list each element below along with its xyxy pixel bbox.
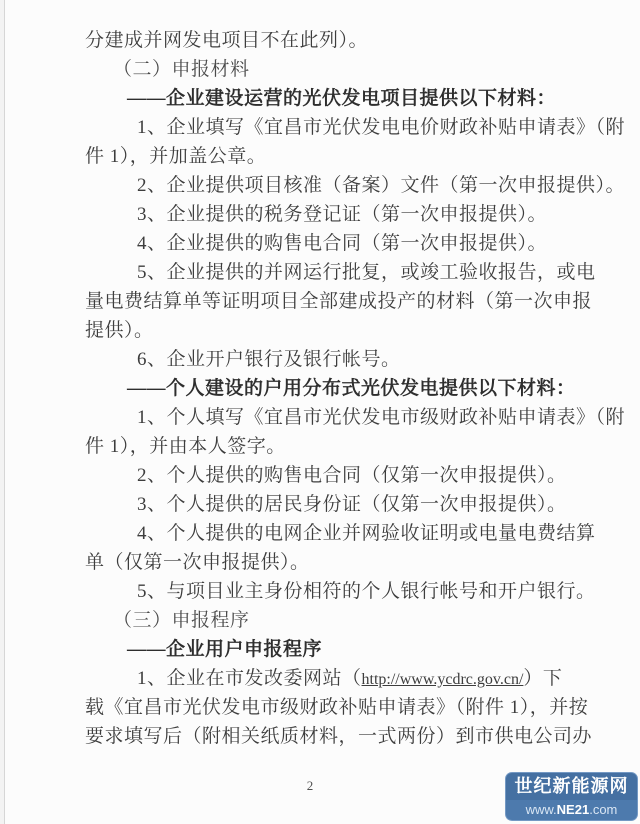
document-line: ——个人建设的户用分布式光伏发电提供以下材料： [85, 374, 590, 403]
text-segment: 2、企业提供项目核准（备案）文件（第一次申报提供）。 [137, 175, 625, 196]
text-segment: （三）申报程序 [113, 610, 250, 631]
text-segment: 4、个人提供的电网企业并网验收证明或电量电费结算 [137, 523, 596, 544]
text-segment: 量电费结算单等证明项目全部建成投产的材料（第一次申报 [85, 291, 592, 312]
text-segment: 1、企业填写《宜昌市光伏发电电价财政补贴申请表》（附 [137, 117, 625, 138]
watermark-site-name: 世纪新能源网 [506, 773, 637, 800]
document-line: ——企业用户申报程序 [85, 635, 590, 664]
watermark-site-url: www.NE21.com [506, 800, 637, 819]
text-segment: （二）申报材料 [113, 59, 250, 80]
text-segment: 件 1），并由本人签字。 [85, 436, 286, 457]
text-segment: 1、企业在市发改委网站（ [137, 668, 362, 689]
document-line: 1、个人填写《宜昌市光伏发电市级财政补贴申请表》（附 [85, 403, 590, 432]
document-line: 1、企业在市发改委网站（http://www.ycdrc.gov.cn/）下 [85, 664, 590, 693]
text-segment: 3、企业提供的税务登记证（第一次申报提供）。 [137, 204, 547, 225]
document-line: 4、个人提供的电网企业并网验收证明或电量电费结算 [85, 519, 590, 548]
document-line: 要求填写后（附相关纸质材料，一式两份）到市供电公司办 [85, 722, 590, 751]
document-line: 分建成并网发电项目不在此列）。 [85, 26, 590, 55]
text-segment: 5、企业提供的并网运行批复，或竣工验收报告，或电 [137, 262, 596, 283]
document-line: ——企业建设运营的光伏发电项目提供以下材料： [85, 84, 590, 113]
document-line: （二）申报材料 [85, 55, 590, 84]
text-segment: 要求填写后（附相关纸质材料，一式两份）到市供电公司办 [85, 726, 592, 747]
text-segment: 分建成并网发电项目不在此列）。 [85, 30, 368, 51]
page-number: 2 [298, 778, 322, 794]
text-segment: ）下 [523, 668, 562, 689]
document-line: 3、企业提供的税务登记证（第一次申报提供）。 [85, 200, 590, 229]
document-line: 单（仅第一次申报提供）。 [85, 548, 590, 577]
document-line: （三）申报程序 [85, 606, 590, 635]
scan-edge-line [4, 0, 5, 824]
document-line: 6、企业开户银行及银行帐号。 [85, 345, 590, 374]
text-segment: ——企业建设运营的光伏发电项目提供以下材料： [127, 88, 556, 109]
site-watermark: 世纪新能源网 www.NE21.com [505, 772, 638, 821]
document-line: 件 1），并加盖公章。 [85, 142, 590, 171]
text-segment: 单（仅第一次申报提供）。 [85, 552, 310, 573]
watermark-url-suffix: .com [589, 802, 617, 817]
text-segment: 4、企业提供的购售电合同（第一次申报提供）。 [137, 233, 547, 254]
document-line: 5、企业提供的并网运行批复，或竣工验收报告，或电 [85, 258, 590, 287]
document-line: 载《宜昌市光伏发电市级财政补贴申请表》（附件 1），并按 [85, 693, 590, 722]
text-segment: 3、个人提供的居民身份证（仅第一次申报提供）。 [137, 494, 567, 515]
document-line: 提供）。 [85, 316, 590, 345]
text-segment: 6、企业开户银行及银行帐号。 [137, 349, 401, 370]
watermark-url-prefix: www. [526, 802, 557, 817]
text-segment: 载《宜昌市光伏发电市级财政补贴申请表》（附件 1），并按 [85, 697, 588, 718]
document-line: 量电费结算单等证明项目全部建成投产的材料（第一次申报 [85, 287, 590, 316]
text-segment: 件 1），并加盖公章。 [85, 146, 266, 167]
text-segment: ——个人建设的户用分布式光伏发电提供以下材料： [127, 378, 576, 399]
document-line: 3、个人提供的居民身份证（仅第一次申报提供）。 [85, 490, 590, 519]
text-segment: 1、个人填写《宜昌市光伏发电市级财政补贴申请表》（附 [137, 407, 625, 428]
document-line: 2、个人提供的购售电合同（仅第一次申报提供）。 [85, 461, 590, 490]
document-line: 4、企业提供的购售电合同（第一次申报提供）。 [85, 229, 590, 258]
text-segment: 提供）。 [85, 320, 154, 341]
text-segment: 5、与项目业主身份相符的个人银行帐号和开户银行。 [137, 581, 596, 602]
text-segment: 2、个人提供的购售电合同（仅第一次申报提供）。 [137, 465, 567, 486]
text-segment: ——企业用户申报程序 [127, 639, 322, 660]
document-line: 件 1），并由本人签字。 [85, 432, 590, 461]
document-line: 2、企业提供项目核准（备案）文件（第一次申报提供）。 [85, 171, 590, 200]
document-line: 1、企业填写《宜昌市光伏发电电价财政补贴申请表》（附 [85, 113, 590, 142]
hyperlink-url[interactable]: http://www.ycdrc.gov.cn/ [362, 671, 524, 688]
scanned-document-page: { "page": { "number": "2", "background_c… [0, 0, 640, 824]
document-body: 分建成并网发电项目不在此列）。（二）申报材料——企业建设运营的光伏发电项目提供以… [85, 26, 590, 751]
watermark-url-brand: NE21 [557, 802, 590, 817]
document-line: 5、与项目业主身份相符的个人银行帐号和开户银行。 [85, 577, 590, 606]
